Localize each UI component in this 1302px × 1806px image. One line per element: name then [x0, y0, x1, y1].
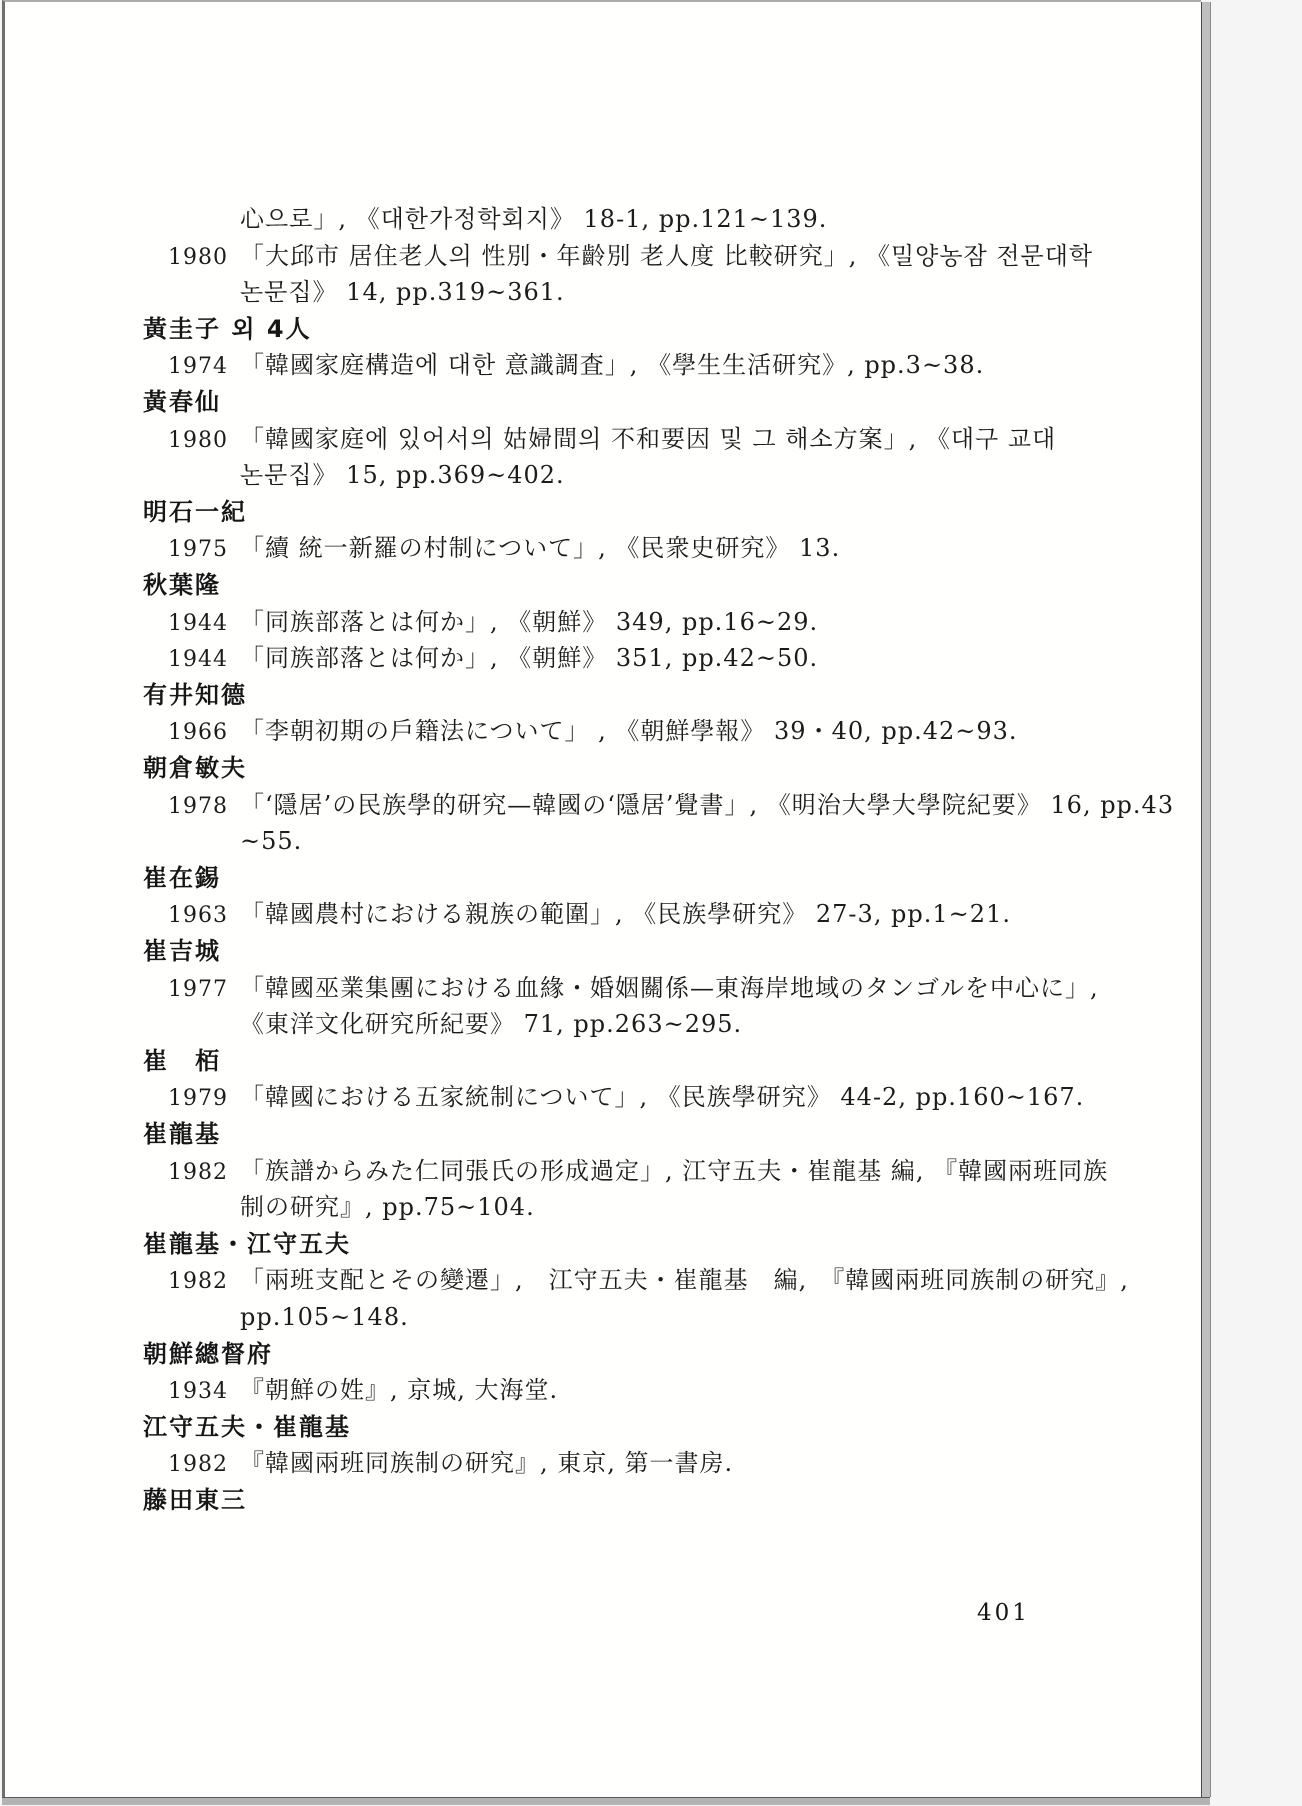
bib-text: 《東洋文化研究所紀要》 71, pp.263~295. — [240, 1010, 742, 1038]
bib-text: 「兩班支配とその變遷」, 江守五夫・崔龍基 編, 『韓國兩班同族制の研究』, — [240, 1266, 1129, 1294]
bib-text: 『朝鮮の姓』, 京城, 大海堂. — [240, 1376, 558, 1404]
bib-text: 논문집》 14, pp.319~361. — [240, 278, 565, 306]
bib-text: 『韓國兩班同族制の研究』, 東京, 第一書房. — [240, 1449, 733, 1477]
bib-year: 1944 — [168, 645, 240, 675]
bib-text: 논문집》 15, pp.369~402. — [240, 461, 565, 489]
bib-year: 1975 — [168, 535, 240, 565]
bib-entry: 1963「韓國農村における親族の範圍」, 《民族學研究》 27-3, pp.1~… — [168, 899, 1011, 931]
bib-author: 藤田東三 — [143, 1485, 247, 1515]
bib-entry: 1975「續 統一新羅の村制について」, 《民衆史研究》 13. — [168, 533, 840, 565]
bib-text: 「族譜からみた仁同張氏の形成過定」, 江守五夫・崔龍基 編, 『韓國兩班同族 — [240, 1157, 1108, 1185]
bib-continuation: 《東洋文化研究所紀要》 71, pp.263~295. — [240, 1009, 742, 1039]
bib-year: 1982 — [168, 1450, 240, 1480]
bib-year: 1934 — [168, 1377, 240, 1407]
bib-author: 黃春仙 — [143, 387, 221, 417]
bib-year: 1982 — [168, 1267, 240, 1297]
bib-text: 秋葉隆 — [143, 571, 221, 599]
bib-author: 崔在錫 — [143, 863, 221, 893]
bib-entry: 1982『韓國兩班同族制の研究』, 東京, 第一書房. — [168, 1448, 733, 1480]
bib-text: 崔在錫 — [143, 864, 221, 892]
bib-author: 崔吉城 — [143, 936, 221, 966]
bib-text: 明石一紀 — [143, 498, 247, 526]
bib-author: 有井知德 — [143, 680, 247, 710]
bib-text: 「韓國における五家統制について」, 《民族學研究》 44-2, pp.160~1… — [240, 1083, 1084, 1111]
bib-continuation: 논문집》 14, pp.319~361. — [240, 277, 565, 307]
bib-text: 「李朝初期の戶籍法について」 , 《朝鮮學報》 39・40, pp.42~93. — [240, 717, 1018, 745]
bib-entry: 1974「韓國家庭構造에 대한 意識調査」, 《學生生活研究》, pp.3~38… — [168, 350, 984, 382]
bib-author: 崔 栢 — [143, 1046, 221, 1076]
bib-year: 1982 — [168, 1158, 240, 1188]
bib-text: 心으로」, 《대한가정학회지》 18-1, pp.121~139. — [240, 205, 827, 233]
bib-text: 黃春仙 — [143, 388, 221, 416]
bib-author: 黃圭子 외 4人 — [143, 314, 312, 344]
bib-continuation: 制の研究』, pp.75~104. — [240, 1192, 535, 1222]
bib-text: 藤田東三 — [143, 1486, 247, 1514]
bib-text: 「大邱市 居住老人의 性別・年齡別 老人度 比較研究」, 《밀양농잠 전문대학 — [240, 242, 1093, 270]
bib-entry: 1982「兩班支配とその變遷」, 江守五夫・崔龍基 編, 『韓國兩班同族制の研究… — [168, 1265, 1129, 1297]
bib-text: 崔龍基 — [143, 1120, 221, 1148]
scanned-book-page: { "page": { "number": "401", "colors": {… — [0, 0, 1302, 1806]
bib-text: 制の研究』, pp.75~104. — [240, 1193, 535, 1221]
bib-year: 1978 — [168, 792, 240, 822]
bib-text: 有井知德 — [143, 681, 247, 709]
bib-year: 1980 — [168, 243, 240, 273]
bib-continuation: pp.105~148. — [240, 1302, 409, 1332]
bib-entry: 1980「韓國家庭에 있어서의 姑婦間의 不和要因 및 그 해소方案」, 《대구… — [168, 424, 1056, 456]
bib-author: 朝鮮總督府 — [143, 1339, 273, 1369]
bib-author: 崔龍基・江守五夫 — [143, 1229, 351, 1259]
bib-author: 明石一紀 — [143, 497, 247, 527]
bib-text: 江守五夫・崔龍基 — [143, 1413, 351, 1441]
bib-text: 朝倉敏夫 — [143, 754, 247, 782]
bib-year: 1974 — [168, 352, 240, 382]
bib-continuation: 心으로」, 《대한가정학회지》 18-1, pp.121~139. — [240, 204, 827, 234]
bib-text: ~55. — [240, 827, 302, 855]
bib-author: 秋葉隆 — [143, 570, 221, 600]
bib-text: 「韓國農村における親族の範圍」, 《民族學研究》 27-3, pp.1~21. — [240, 900, 1011, 928]
page-number: 401 — [977, 1600, 1030, 1626]
bib-text: 「韓國家庭에 있어서의 姑婦間의 不和要因 및 그 해소方案」, 《대구 교대 — [240, 425, 1056, 453]
bib-entry: 1966「李朝初期の戶籍法について」 , 《朝鮮學報》 39・40, pp.42… — [168, 716, 1018, 748]
bib-text: 崔吉城 — [143, 937, 221, 965]
bib-text: 朝鮮總督府 — [143, 1340, 273, 1368]
bib-entry: 1977「韓國巫業集團における血緣・婚姻關係—東海岸地域のタンゴルを中心に」, — [168, 973, 1099, 1005]
bib-text: 「同族部落とは何か」, 《朝鮮》 349, pp.16~29. — [240, 608, 818, 636]
bib-author: 朝倉敏夫 — [143, 753, 247, 783]
bib-text: 「韓國巫業集團における血緣・婚姻關係—東海岸地域のタンゴルを中心に」, — [240, 974, 1099, 1002]
bib-author: 崔龍基 — [143, 1119, 221, 1149]
bibliography-content: 心으로」, 《대한가정학회지》 18-1, pp.121~139.1980「大邱… — [0, 0, 1302, 1806]
bib-entry: 1980「大邱市 居住老人의 性別・年齡別 老人度 比較研究」, 《밀양농잠 전… — [168, 241, 1093, 273]
bib-text: 「同族部落とは何か」, 《朝鮮》 351, pp.42~50. — [240, 644, 818, 672]
bib-author: 江守五夫・崔龍基 — [143, 1412, 351, 1442]
bib-year: 1944 — [168, 609, 240, 639]
bib-year: 1979 — [168, 1084, 240, 1114]
bib-text: 「續 統一新羅の村制について」, 《民衆史研究》 13. — [240, 534, 840, 562]
bib-text: 崔 栢 — [143, 1047, 221, 1075]
bib-year: 1980 — [168, 426, 240, 456]
bib-text: 「‘隱居’の民族學的研究—韓國の‘隱居’覺書」, 《明治大學大學院紀要》 16,… — [240, 791, 1174, 819]
bib-year: 1977 — [168, 975, 240, 1005]
bib-text: 黃圭子 외 4人 — [143, 315, 312, 343]
bib-entry: 1978「‘隱居’の民族學的研究—韓國の‘隱居’覺書」, 《明治大學大學院紀要》… — [168, 790, 1174, 822]
bib-entry: 1982「族譜からみた仁同張氏の形成過定」, 江守五夫・崔龍基 編, 『韓國兩班… — [168, 1156, 1108, 1188]
bib-continuation: ~55. — [240, 826, 302, 856]
bib-text: 「韓國家庭構造에 대한 意識調査」, 《學生生活研究》, pp.3~38. — [240, 351, 984, 379]
bib-year: 1963 — [168, 901, 240, 931]
bib-text: 崔龍基・江守五夫 — [143, 1230, 351, 1258]
bib-entry: 1934『朝鮮の姓』, 京城, 大海堂. — [168, 1375, 558, 1407]
bib-entry: 1979「韓國における五家統制について」, 《民族學研究》 44-2, pp.1… — [168, 1082, 1084, 1114]
bib-continuation: 논문집》 15, pp.369~402. — [240, 460, 565, 490]
bib-entry: 1944「同族部落とは何か」, 《朝鮮》 351, pp.42~50. — [168, 643, 818, 675]
bib-year: 1966 — [168, 718, 240, 748]
bib-text: pp.105~148. — [240, 1303, 409, 1331]
bib-entry: 1944「同族部落とは何か」, 《朝鮮》 349, pp.16~29. — [168, 607, 818, 639]
